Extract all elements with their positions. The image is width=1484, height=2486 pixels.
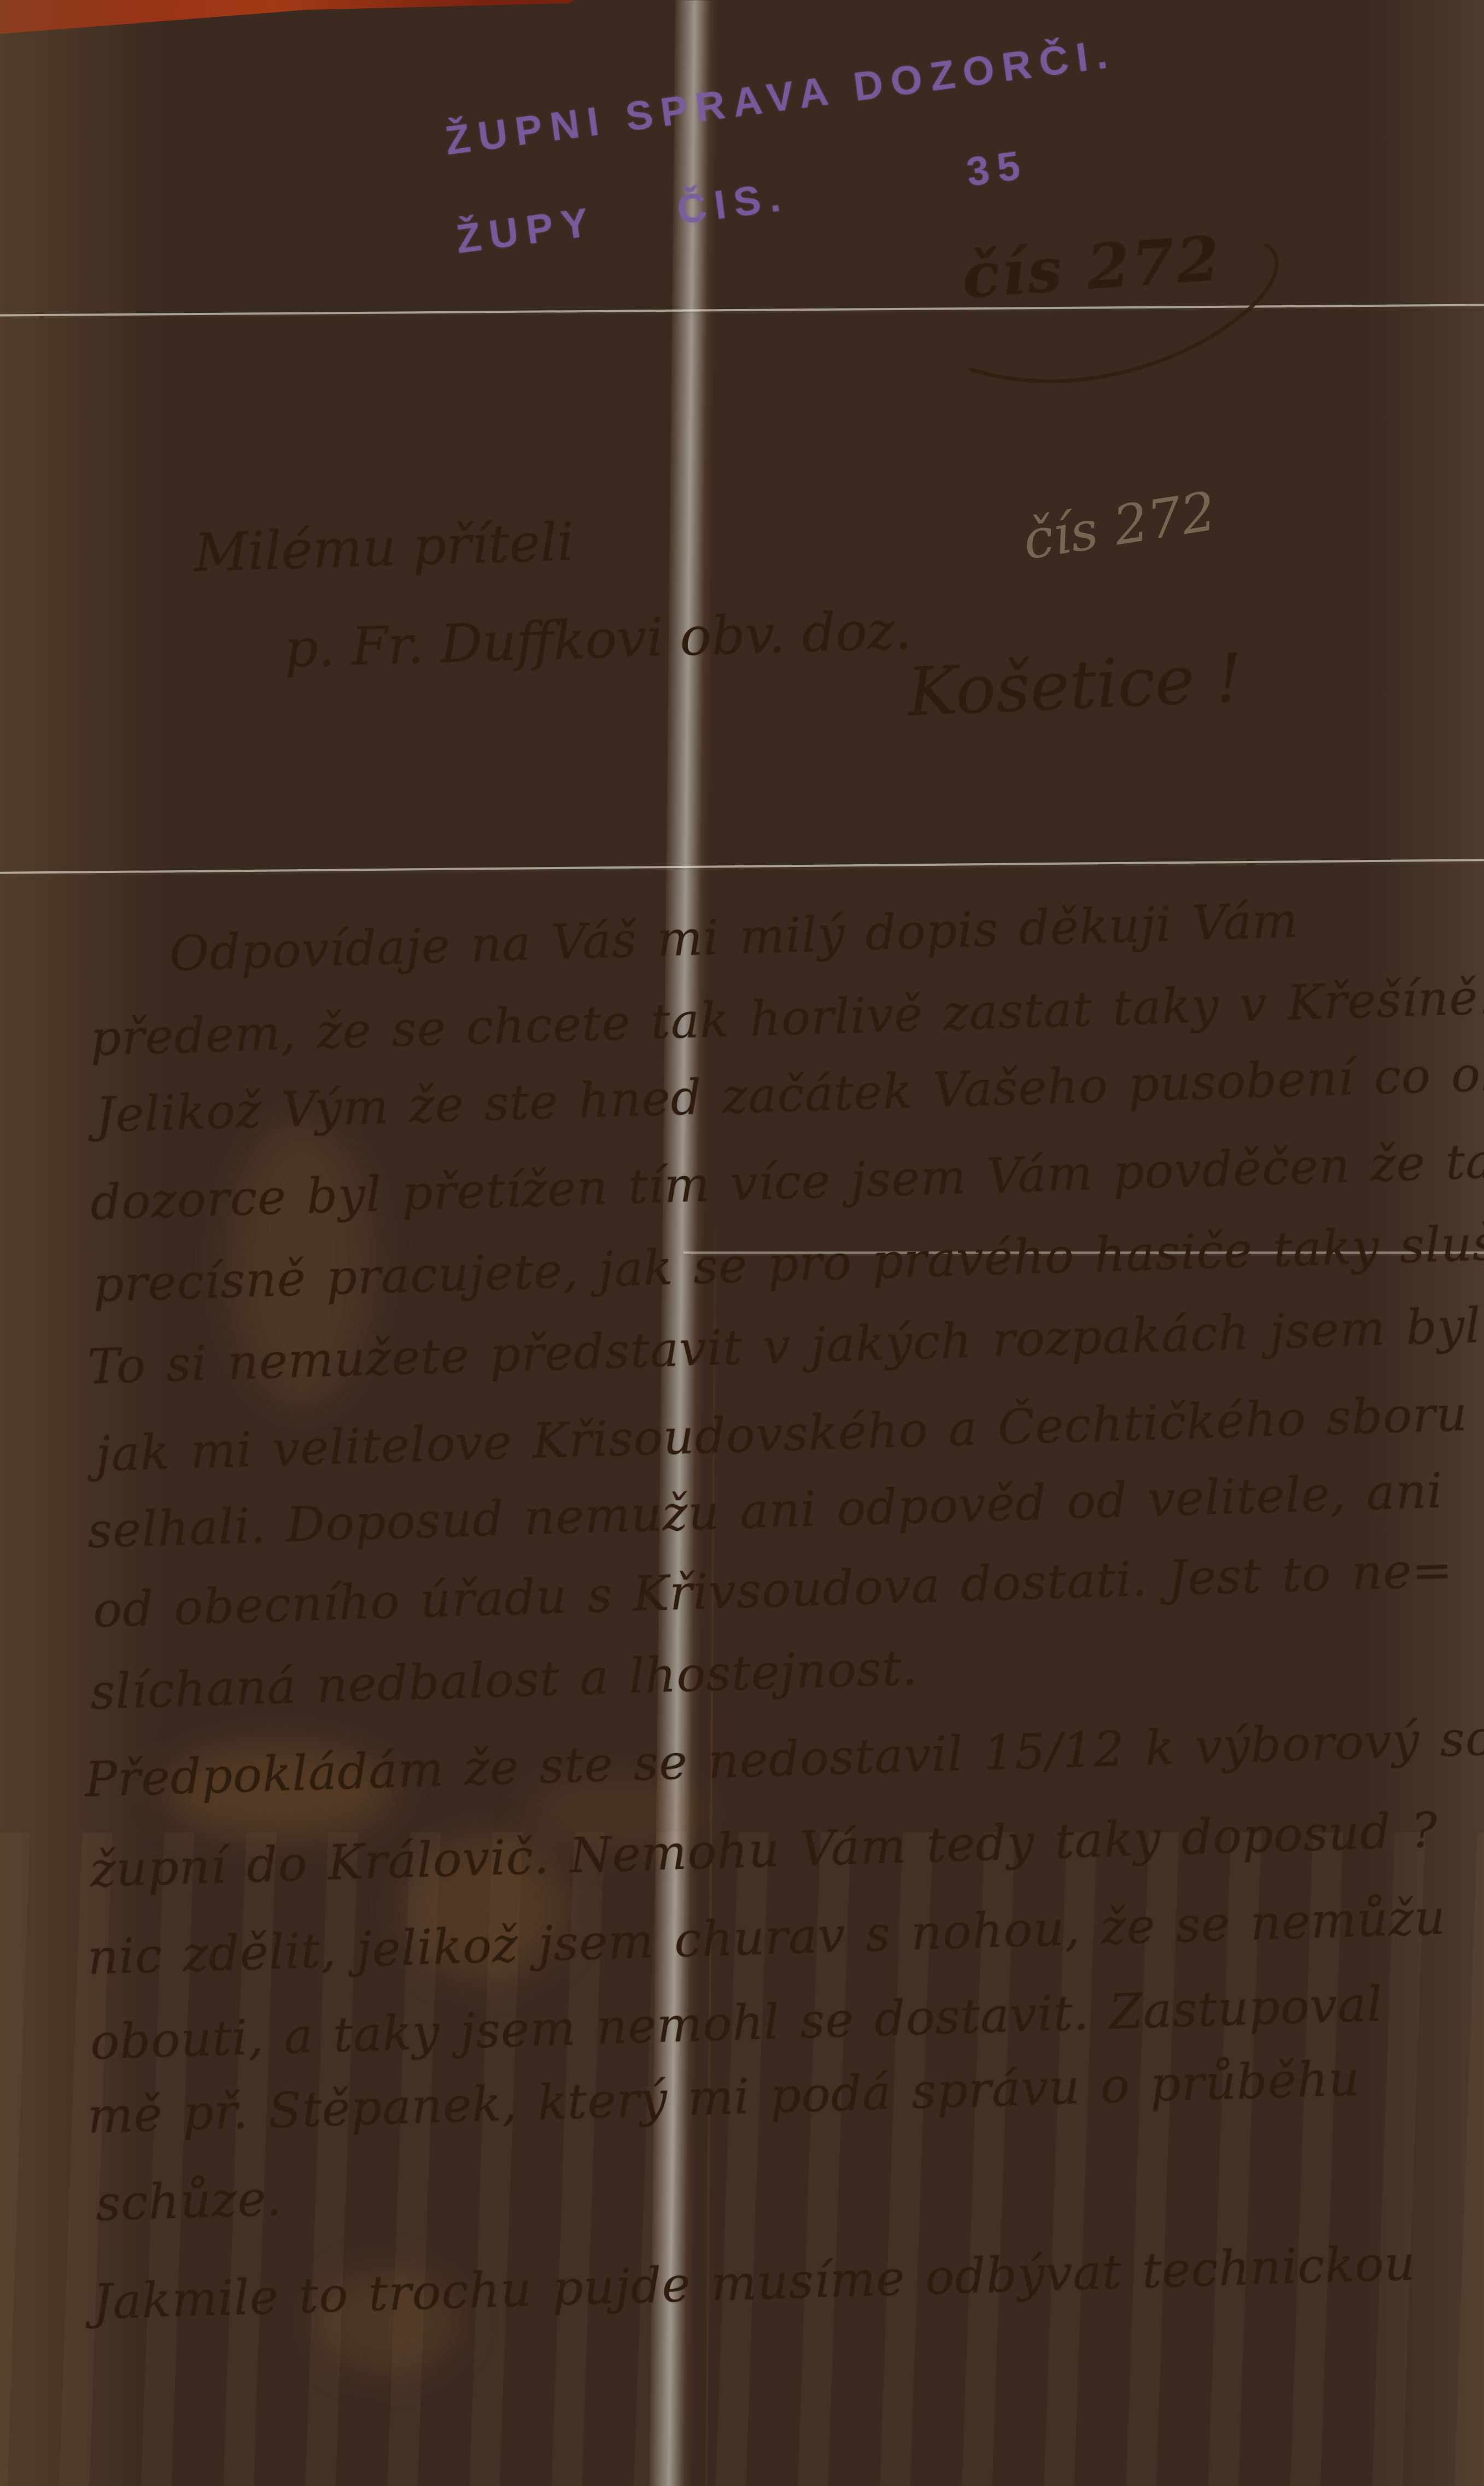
salutation-line-1: Milému příteli xyxy=(193,511,575,584)
stamp-number: 35 xyxy=(964,142,1031,195)
location-heading: Košetice ! xyxy=(906,639,1244,731)
body-line: schůze. xyxy=(95,2170,283,2232)
letter-photo: ŽUPNI SPRAVA DOZORČI. ŽUPYČIS.35 čís 272… xyxy=(0,0,1484,2486)
flourish-stroke xyxy=(957,235,1307,399)
